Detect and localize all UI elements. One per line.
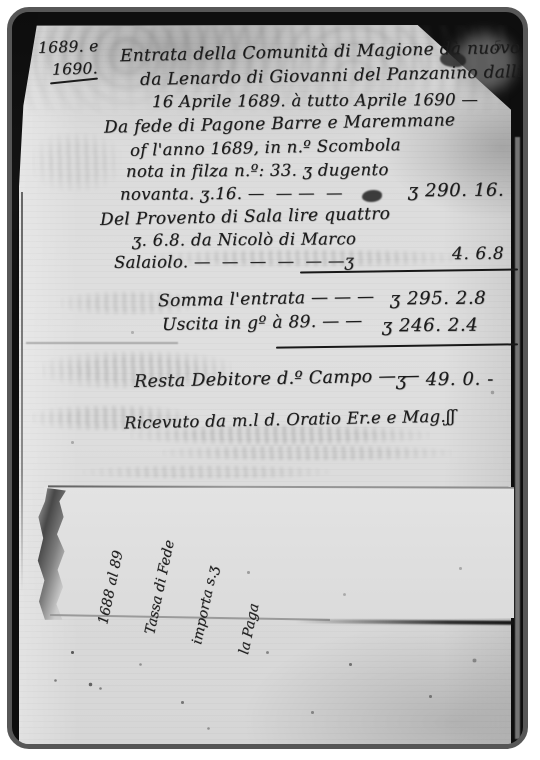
scan-frame: 5 1689. e 1690. Entrata della Comunità d… [7,7,528,749]
paper-edge-line [21,192,23,592]
slip-note-line-3: importa s.ʒ [189,549,225,646]
attached-slip: 1688 al 89 Tassa di Fede importa s.ʒ la … [36,486,514,628]
margin-year-1690: 1690. [52,59,98,78]
margin-year-1689: 1689. e [38,37,99,57]
balance-amount: ʒ 49. 0. - [396,369,494,391]
next-page-edge [515,137,520,739]
entry-fide-line-3: nota in filza n.º: 33. ʒ dugento [126,160,389,181]
entry-fide-line-4: novanta. ʒ.16. — — — — [120,183,343,204]
entry-provento-line-2: ʒ. 6.8. da Nicolò di Marco [132,229,356,250]
slip-note-line-4: la Paga [236,559,272,656]
entry-fide-amount: ʒ 290. 16. [408,180,504,202]
somma-amount: ʒ 295. 2.8 [390,288,486,310]
ink-blot [440,52,466,67]
uscita-label: Uscita in gº à 89. — — [162,311,363,335]
heading-line-3: 16 Aprile 1689. à tutto Aprile 1690 — [152,90,478,111]
paper-specks [12,12,13,13]
ghost-rule [26,342,178,344]
slip-note-line-2: Tassa di Fede [142,539,178,636]
entry-provento-line-3: Salaiolo. — — — — — —ʒ [114,251,354,272]
entry-provento-amount: 4. 6.8 [452,244,504,264]
scan-area: 5 1689. e 1690. Entrata della Comunità d… [12,12,523,744]
slip-note-line-1: 1688 al 89 [95,529,131,626]
slip-fold-shadow [296,619,514,625]
uscita-amount: ʒ 246. 2.4 [382,315,478,337]
scanned-manuscript-page: 5 1689. e 1690. Entrata della Comunità d… [0,0,540,760]
